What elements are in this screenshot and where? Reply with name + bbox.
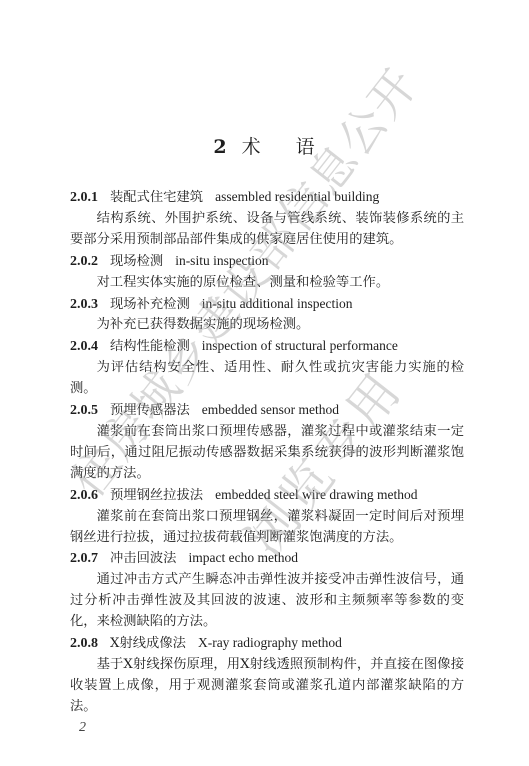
term-heading: 2.0.1装配式住宅建筑assembled residential buildi… <box>70 187 464 209</box>
term-chinese: 冲击回波法 <box>110 551 176 566</box>
term-definition: 结构系统、外围护系统、设备与管线系统、装饰装修系统的主要部分采用预制部品部件集成… <box>70 209 464 251</box>
term-chinese: 预埋钢丝拉拔法 <box>110 488 203 503</box>
term-heading: 2.0.7冲击回波法impact echo method <box>70 548 464 570</box>
chapter-title-char-1: 术 <box>242 136 262 158</box>
term-definition: 基于X射线探伤原理，用X射线透照预制构件，并直接在图像接收装置上成像，用于观测灌… <box>70 655 464 718</box>
term-chinese: 装配式住宅建筑 <box>110 190 203 205</box>
term-number: 2.0.6 <box>70 488 98 503</box>
term-definition: 为评估结构安全性、适用性、耐久性或抗灾害能力实施的检测。 <box>70 358 464 400</box>
term-chinese: 现场补充检测 <box>110 297 190 312</box>
term-heading: 2.0.2现场检测in-situ inspection <box>70 251 464 273</box>
term-number: 2.0.2 <box>70 254 98 269</box>
document-page: 2术语 2.0.1装配式住宅建筑assembled residential bu… <box>0 0 529 766</box>
term-definition: 通过冲击方式产生瞬态冲击弹性波并接受冲击弹性波信号，通过分析冲击弹性波及其回波的… <box>70 570 464 633</box>
term-english: embedded sensor method <box>202 402 339 417</box>
term-english: assembled residential building <box>215 189 379 204</box>
term-heading: 2.0.8X射线成像法X-ray radiography method <box>70 633 464 655</box>
page-number: 2 <box>79 720 86 736</box>
term-chinese: 预埋传感器法 <box>110 403 190 418</box>
term-chinese: 结构性能检测 <box>110 339 190 354</box>
term-chinese: X射线成像法 <box>110 636 186 651</box>
chapter-number: 2 <box>213 136 227 158</box>
term-number: 2.0.1 <box>70 190 98 205</box>
term-number: 2.0.5 <box>70 403 98 418</box>
term-number: 2.0.8 <box>70 636 98 651</box>
term-english: embedded steel wire drawing method <box>215 487 417 502</box>
term-heading: 2.0.4结构性能检测inspection of structural perf… <box>70 336 464 358</box>
term-english: in-situ inspection <box>175 253 268 268</box>
term-heading: 2.0.6预埋钢丝拉拔法embedded steel wire drawing … <box>70 485 464 507</box>
chapter-title-char-2: 语 <box>296 136 316 158</box>
term-english: inspection of structural performance <box>202 338 398 353</box>
term-english: X-ray radiography method <box>198 635 342 650</box>
term-english: in-situ additional inspection <box>202 296 353 311</box>
term-number: 2.0.3 <box>70 297 98 312</box>
term-definition: 为补充已获得数据实施的现场检测。 <box>70 315 464 336</box>
term-number: 2.0.4 <box>70 339 98 354</box>
term-definition: 灌浆前在套筒出浆口预埋传感器，灌浆过程中或灌浆结束一定时间后，通过阻尼振动传感器… <box>70 422 464 485</box>
term-chinese: 现场检测 <box>110 254 163 269</box>
term-number: 2.0.7 <box>70 551 98 566</box>
term-definition: 灌浆前在套筒出浆口预埋钢丝，灌浆料凝固一定时间后对预埋钢丝进行拉拔，通过拉拔荷载… <box>70 507 464 549</box>
term-definition: 对工程实体实施的原位检查、测量和检验等工作。 <box>70 273 464 294</box>
term-english: impact echo method <box>188 550 297 565</box>
term-heading: 2.0.5预埋传感器法embedded sensor method <box>70 400 464 422</box>
chapter-heading: 2术语 <box>0 132 529 159</box>
term-heading: 2.0.3现场补充检测in-situ additional inspection <box>70 294 464 316</box>
terms-list: 2.0.1装配式住宅建筑assembled residential buildi… <box>70 187 464 718</box>
